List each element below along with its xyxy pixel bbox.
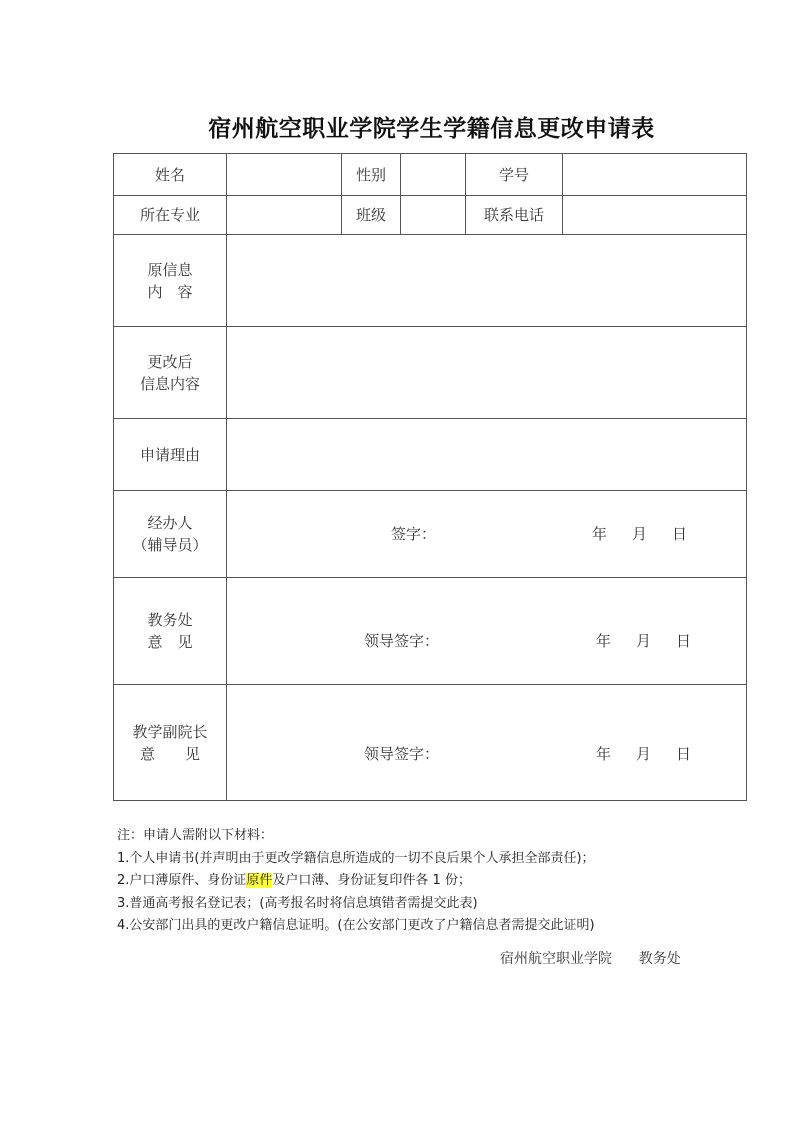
vice-president-month-label: 月 <box>636 743 651 765</box>
footer-institution: 宿州航空职业学院 <box>500 951 612 967</box>
new-info-field[interactable] <box>227 327 747 419</box>
form-row-new-info: 更改后 信息内容 <box>114 327 747 419</box>
academic-affairs-label: 教务处 意 见 <box>114 578 227 685</box>
class-label: 班级 <box>342 196 401 235</box>
handler-sign-label: 签字： <box>391 523 436 545</box>
vice-president-year-label: 年 <box>596 743 611 765</box>
academic-affairs-opinion-area[interactable]: 领导签字： 年 月 日 <box>227 578 747 685</box>
footer-department: 教务处 <box>639 951 681 967</box>
notes-heading: 注：申请人需附以下材料： <box>117 825 595 848</box>
handler-day-label: 日 <box>672 523 687 545</box>
new-info-label: 更改后 信息内容 <box>114 327 227 419</box>
vice-president-label: 教学副院长 意 见 <box>114 685 227 801</box>
application-form-table: 姓名 性别 学号 所在专业 班级 联系电话 原信息 内 容 更改后 信息内容 申… <box>113 153 747 801</box>
notes-item-4: 4.公安部门出具的更改户籍信息证明。(在公安部门更改了户籍信息者需提交此证明) <box>117 915 595 938</box>
form-row-handler: 经办人 （辅导员） 签字： 年 月 日 <box>114 491 747 578</box>
academic-affairs-day-label: 日 <box>676 630 691 652</box>
reason-label: 申请理由 <box>114 419 227 491</box>
academic-affairs-year-label: 年 <box>596 630 611 652</box>
notes-item-2-text-end: 及户口薄、身份证复印件各 1 份； <box>272 873 471 888</box>
form-row-academic-affairs: 教务处 意 见 领导签字： 年 月 日 <box>114 578 747 685</box>
notes-item-3: 3.普通高考报名登记表；(高考报名时将信息填错者需提交此表) <box>117 893 595 916</box>
handler-label: 经办人 （辅导员） <box>114 491 227 578</box>
footer-signature: 宿州航空职业学院 教务处 <box>500 948 681 968</box>
form-row-vice-president: 教学副院长 意 见 领导签字： 年 月 日 <box>114 685 747 801</box>
form-row-reason: 申请理由 <box>114 419 747 491</box>
form-row-original-info: 原信息 内 容 <box>114 235 747 327</box>
notes-item-2: 2.户口薄原件、身份证原件及户口薄、身份证复印件各 1 份； <box>117 870 595 893</box>
highlighted-text: 原件 <box>246 873 272 888</box>
academic-affairs-sign-label: 领导签字： <box>364 630 439 652</box>
major-label: 所在专业 <box>114 196 227 235</box>
student-id-field[interactable] <box>563 154 747 196</box>
phone-field[interactable] <box>563 196 747 235</box>
vice-president-sign-label: 领导签字： <box>364 743 439 765</box>
reason-field[interactable] <box>227 419 747 491</box>
handler-year-label: 年 <box>592 523 607 545</box>
original-info-label: 原信息 内 容 <box>114 235 227 327</box>
original-info-field[interactable] <box>227 235 747 327</box>
class-field[interactable] <box>401 196 466 235</box>
notes-item-2-text: 2.户口薄原件、身份证 <box>117 873 246 888</box>
form-row-basic-2: 所在专业 班级 联系电话 <box>114 196 747 235</box>
major-field[interactable] <box>227 196 342 235</box>
academic-affairs-month-label: 月 <box>636 630 651 652</box>
vice-president-day-label: 日 <box>676 743 691 765</box>
name-field[interactable] <box>227 154 342 196</box>
name-label: 姓名 <box>114 154 227 196</box>
vice-president-opinion-area[interactable]: 领导签字： 年 月 日 <box>227 685 747 801</box>
notes-section: 注：申请人需附以下材料： 1.个人申请书(并声明由于更改学籍信息所造成的一切不良… <box>117 825 595 938</box>
handler-signature-area[interactable]: 签字： 年 月 日 <box>227 491 747 578</box>
page-title: 宿州航空职业学院学生学籍信息更改申请表 <box>0 110 793 143</box>
gender-field[interactable] <box>401 154 466 196</box>
handler-month-label: 月 <box>632 523 647 545</box>
notes-item-1: 1.个人申请书(并声明由于更改学籍信息所造成的一切不良后果个人承担全部责任)； <box>117 848 595 871</box>
form-row-basic-1: 姓名 性别 学号 <box>114 154 747 196</box>
student-id-label: 学号 <box>466 154 563 196</box>
gender-label: 性别 <box>342 154 401 196</box>
phone-label: 联系电话 <box>466 196 563 235</box>
